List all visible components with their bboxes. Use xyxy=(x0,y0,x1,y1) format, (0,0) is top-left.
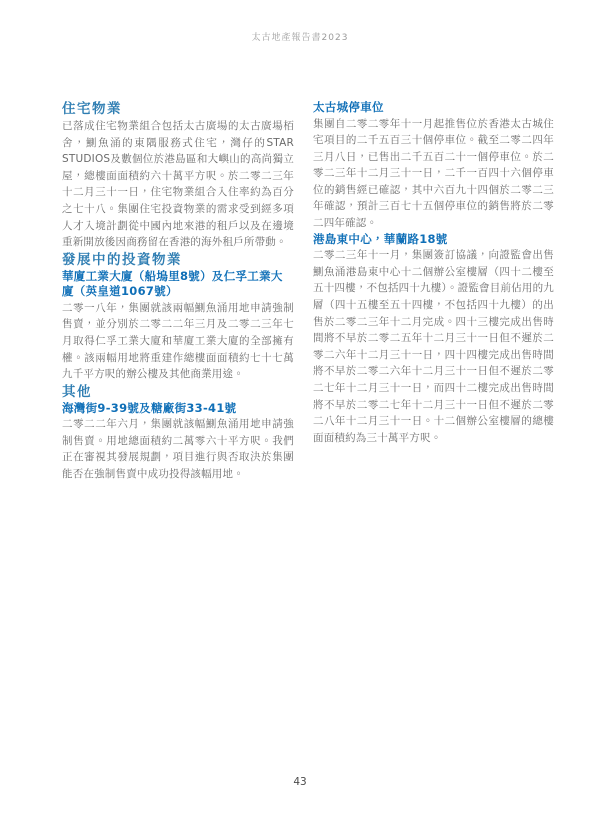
report-title-header: 太古地產報告書2023 xyxy=(0,30,600,43)
investment-body-paragraph: 二零一八年，集團就該兩幅鰂魚涌用地申請強制售賣，並分別於二零二二年三月及二零二三… xyxy=(62,300,294,383)
residential-body-paragraph: 已落成住宅物業組合包括太古廣場的太古廣場栢舍，鰂魚涌的東隅服務式住宅，灣仔的ST… xyxy=(62,118,294,251)
right-column: 太古城停車位 集團自二零二零年十一月起推售位於香港太古城住宅項目的二千五百三十個… xyxy=(313,100,554,446)
page-number: 43 xyxy=(0,776,600,788)
subheading-wai-wan-tong-chong: 海灣街9-39號及糖廠街33-41號 xyxy=(62,401,294,417)
subheading-wah-ha-zung-fu: 華廈工業大廈（船塢里8號）及仁孚工業大廈（英皇道1067號） xyxy=(62,269,294,300)
subheading-taikoo-shing-carparks: 太古城停車位 xyxy=(313,100,554,116)
section-heading-investment-properties: 發展中的投資物業 xyxy=(62,251,294,269)
subheading-one-island-east: 港島東中心，華蘭路18號 xyxy=(313,232,554,248)
left-column: 住宅物業 已落成住宅物業組合包括太古廣場的太古廣場栢舍，鰂魚涌的東隅服務式住宅，… xyxy=(62,100,294,483)
section-heading-residential: 住宅物業 xyxy=(62,100,294,118)
section-heading-others: 其他 xyxy=(62,383,294,401)
one-island-east-body-paragraph: 二零二三年十一月，集團簽訂協議，向證監會出售鰂魚涌港島東中心十二個辦公室樓層（四… xyxy=(313,247,554,446)
document-page: 太古地產報告書2023 住宅物業 已落成住宅物業組合包括太古廣場的太古廣場栢舍，… xyxy=(0,0,600,814)
carparks-body-paragraph: 集團自二零二零年十一月起推售位於香港太古城住宅項目的二千五百三十個停車位。截至二… xyxy=(313,116,554,232)
others-body-paragraph: 二零二二年六月，集團就該幅鰂魚涌用地申請強制售賣。用地總面積約二萬零六十平方呎。… xyxy=(62,416,294,482)
